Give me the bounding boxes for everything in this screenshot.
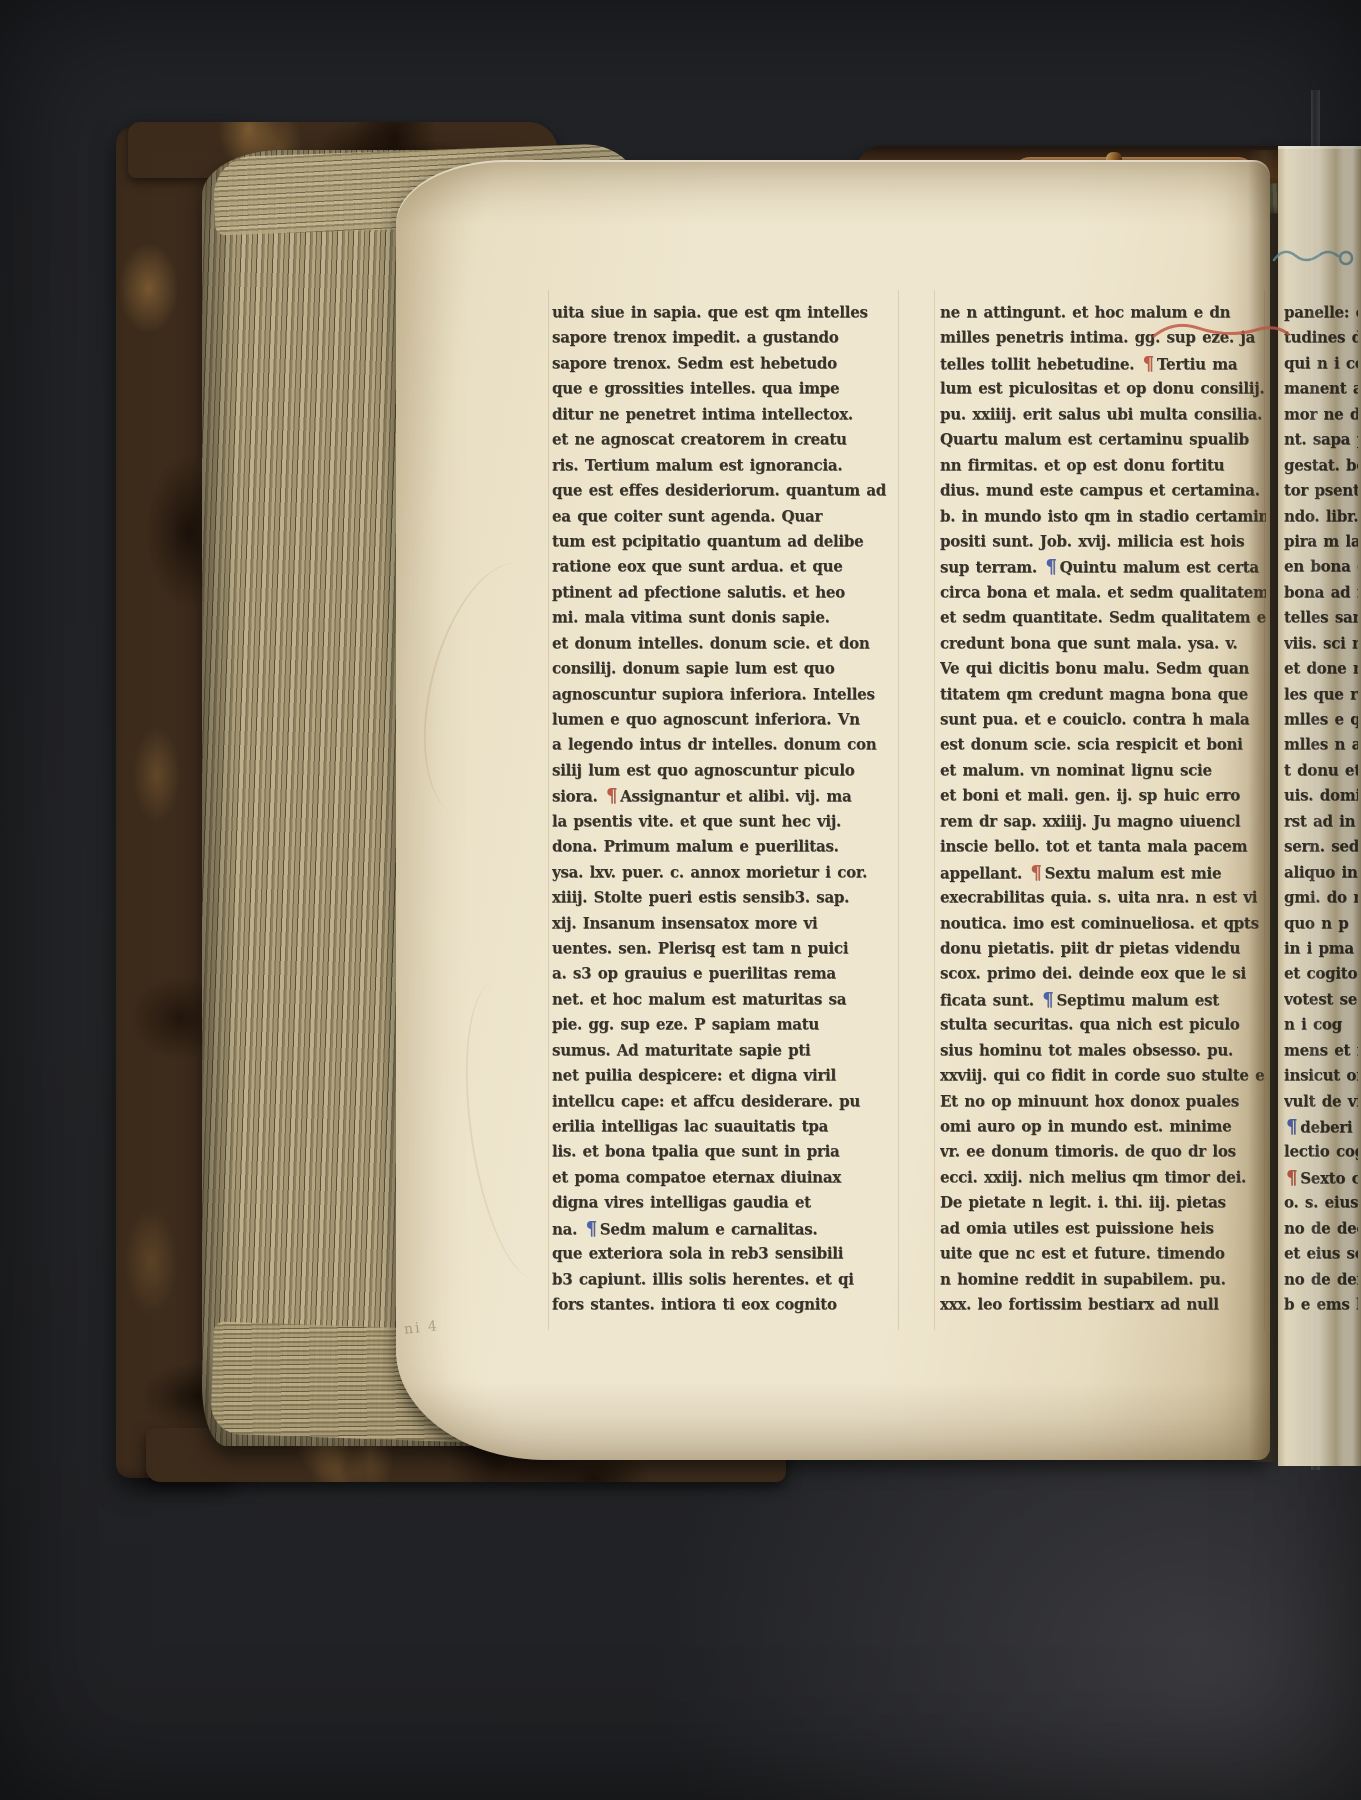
manuscript-line: quo n p [1284, 911, 1358, 937]
manuscript-line: lectio cog [1284, 1139, 1358, 1165]
manuscript-line: omi auro op in mundo est. minime [940, 1114, 1266, 1140]
manuscript-line: et cogito [1284, 961, 1358, 987]
manuscript-line: b e ems ha [1284, 1292, 1358, 1318]
manuscript-line: tum est pcipitatio quantum ad delibe [552, 529, 898, 555]
manuscript-line: sapore trenox. Sedm est hebetudo [552, 351, 898, 377]
manuscript-line: n homine reddit in supabilem. pu. [940, 1267, 1266, 1293]
manuscript-line: lis. et bona tpalia que sunt in pria [552, 1139, 898, 1165]
manuscript-line: na. ¶Sedm malum e carnalitas. [552, 1216, 898, 1242]
manuscript-line: intellcu cape: et affcu desiderare. pu [552, 1089, 898, 1115]
manuscript-line: telles san [1284, 605, 1358, 631]
manuscript-line: rst ad in [1284, 809, 1358, 835]
manuscript-line: est donum scie. scia respicit et boni [940, 732, 1266, 758]
manuscript-line: no de deo [1284, 1216, 1358, 1242]
manuscript-line: stulta securitas. qua nich est piculo [940, 1012, 1266, 1038]
manuscript-line: n i cog [1284, 1012, 1358, 1038]
manuscript-line: vult de vi [1284, 1089, 1358, 1115]
manuscript-line: que est effes desideriorum. quantum ad [552, 478, 898, 504]
manuscript-line: votest se [1284, 987, 1358, 1013]
manuscript-line: viis. sci m [1284, 631, 1358, 657]
paraph-mark: ¶ [1045, 556, 1056, 578]
manuscript-line: circa bona et mala. et sedm qualitatem [940, 580, 1266, 606]
manuscript-line: ratione eox que sunt ardua. et que [552, 554, 898, 580]
manuscript-line: dona. Primum malum e puerilitas. [552, 834, 898, 860]
manuscript-line: ¶Sexto co [1284, 1165, 1358, 1191]
manuscript-line: et sedm quantitate. Sedm qualitatem ei [940, 605, 1266, 631]
manuscript-line: les que ra [1284, 682, 1358, 708]
manuscript-line: credunt bona que sunt mala. ysa. v. [940, 631, 1266, 657]
manuscript-line: pira m la [1284, 529, 1358, 555]
manuscript-line: que e grossities intelles. qua impe [552, 376, 898, 402]
manuscript-line: appellant. ¶Sextu malum est mie [940, 860, 1266, 886]
manuscript-line: no de dei [1284, 1267, 1358, 1293]
paraph-mark: ¶ [586, 1218, 597, 1240]
manuscript-line: siora. ¶Assignantur et alibi. vij. ma [552, 783, 898, 809]
manuscript-line: rem dr sap. xxiiij. Ju magno uiuencl [940, 809, 1266, 835]
manuscript-line: uentes. sen. Plerisq est tam n puici [552, 936, 898, 962]
manuscript-line: uite que nc est et future. timendo [940, 1241, 1266, 1267]
manuscript-line: Ve qui dicitis bonu malu. Sedm quan [940, 656, 1266, 682]
manuscript-line: fors stantes. intiora ti eox cognito [552, 1292, 898, 1318]
manuscript-line: lumen e quo agnoscunt inferiora. Vn [552, 707, 898, 733]
manuscript-line: nn firmitas. et op est donu fortitu [940, 453, 1266, 479]
manuscript-line: ad omia utiles est puissione heis [940, 1216, 1266, 1242]
manuscript-line: o. s. eius ia [1284, 1190, 1358, 1216]
manuscript-line: consilij. donum sapie lum est quo [552, 656, 898, 682]
manuscript-line: et ne agnoscat creatorem in creatu [552, 427, 898, 453]
manuscript-line: qui n i con [1284, 351, 1358, 377]
manuscript-line: b3 capiunt. illis solis herentes. et qi [552, 1267, 898, 1293]
manuscript-line: vr. ee donum timoris. de quo dr los [940, 1139, 1266, 1165]
paraph-mark: ¶ [1286, 1167, 1297, 1189]
manuscript-line: xiiij. Stolte pueri estis sensib3. sap. [552, 885, 898, 911]
manuscript-line: net. et hoc malum est maturitas sa [552, 987, 898, 1013]
manuscript-line: agnoscuntur supiora inferiora. Intelles [552, 682, 898, 708]
manuscript-line: et donum intelles. donum scie. et don [552, 631, 898, 657]
manuscript-line: aliquo in p [1284, 860, 1358, 886]
text-column-next-page: panelle: ocetudines dequi n i conmanent … [1284, 300, 1358, 1324]
manuscript-line: scox. primo dei. deinde eox que le si [940, 961, 1266, 987]
manuscript-line: et malum. vn nominat lignu scie [940, 758, 1266, 784]
manuscript-line: insicut on [1284, 1063, 1358, 1089]
manuscript-line: sius hominu tot males obsesso. pu. [940, 1038, 1266, 1064]
manuscript-line: gmi. do n [1284, 885, 1358, 911]
manuscript-line: ecci. xxiij. nich melius qm timor dei. [940, 1165, 1266, 1191]
paraph-mark: ¶ [1030, 862, 1041, 884]
manuscript-line: mens et m [1284, 1038, 1358, 1064]
manuscript-line: a legendo intus dr intelles. donum con [552, 732, 898, 758]
red-pen-flourish-icon [1150, 318, 1290, 344]
manuscript-line: mlles n a [1284, 732, 1358, 758]
paraph-mark: ¶ [1042, 989, 1053, 1011]
manuscript-line: execrabilitas quia. s. uita nra. n est v… [940, 885, 1266, 911]
gutter-fold [1248, 150, 1278, 1462]
manuscript-line: net puilia despicere: et digna viril [552, 1063, 898, 1089]
manuscript-line: sup terram. ¶Quintu malum est certa [940, 554, 1266, 580]
manuscript-line: donu pietatis. piit dr pietas videndu [940, 936, 1266, 962]
manuscript-line: gestat. bon [1284, 453, 1358, 479]
manuscript-line: in i pma [1284, 936, 1358, 962]
manuscript-line: ndo. libr. l [1284, 504, 1358, 530]
manuscript-line: digna vires intelligas gaudia et [552, 1190, 898, 1216]
manuscript-line: positi sunt. Job. xvij. milicia est hois [940, 529, 1266, 555]
manuscript-line: a. s3 op grauius e puerilitas rema [552, 961, 898, 987]
manuscript-line: sunt pua. et e couiclo. contra h mala [940, 707, 1266, 733]
manuscript-line: b. in mundo isto qm in stadio certaminis [940, 504, 1266, 530]
manuscript-line: xxx. leo fortissim bestiarx ad null [940, 1292, 1266, 1318]
manuscript-line: Quartu malum est certaminu spualib [940, 427, 1266, 453]
glass-weight-strip [1311, 90, 1320, 1470]
manuscript-line: la psentis vite. et que sunt hec vij. [552, 809, 898, 835]
manuscript-line: sumus. Ad maturitate sapie pti [552, 1038, 898, 1064]
manuscript-line: telles tollit hebetudine. ¶Tertiu ma [940, 351, 1266, 377]
manuscript-line: sern. sedm [1284, 834, 1358, 860]
manuscript-line: ¶deberi co [1284, 1114, 1358, 1140]
manuscript-line: dius. mund este campus et certamina. [940, 478, 1266, 504]
manuscript-line: pie. gg. sup eze. P sapiam matu [552, 1012, 898, 1038]
manuscript-line: et boni et mali. gen. ij. sp huic erro [940, 783, 1266, 809]
manuscript-line: ficata sunt. ¶Septimu malum est [940, 987, 1266, 1013]
manuscript-line: sapore trenox impedit. a gustando [552, 325, 898, 351]
manuscript-photo: uita siue in sapia. que est qm intelless… [0, 0, 1361, 1800]
manuscript-line: De pietate n legit. i. thi. iij. pietas [940, 1190, 1266, 1216]
manuscript-line: et eius sc [1284, 1241, 1358, 1267]
manuscript-line: Et no op minuunt hox donox puales [940, 1089, 1266, 1115]
manuscript-line: silij lum est quo agnoscuntur piculo [552, 758, 898, 784]
manuscript-line: t donu et [1284, 758, 1358, 784]
manuscript-line: xij. Insanum insensatox more vi [552, 911, 898, 937]
manuscript-line: et poma compatoe eternax diuinax [552, 1165, 898, 1191]
manuscript-line: bona ad na [1284, 580, 1358, 606]
manuscript-line: uis. domi [1284, 783, 1358, 809]
manuscript-line: xxviij. qui co fidit in corde suo stulte… [940, 1063, 1266, 1089]
manuscript-line: ysa. lxv. puer. c. annox morietur i cor. [552, 860, 898, 886]
manuscript-line: inscie bello. tot et tanta mala pacem [940, 834, 1266, 860]
text-column-right: ne n attingunt. et hoc malum e dnmilles … [940, 300, 1266, 1324]
manuscript-line: que exteriora sola in reb3 sensibili [552, 1241, 898, 1267]
ruling-line [934, 290, 935, 1330]
manuscript-line: en bona on [1284, 554, 1358, 580]
manuscript-line: ris. Tertium malum est ignorancia. [552, 453, 898, 479]
manuscript-line: titatem qm credunt magna bona que [940, 682, 1266, 708]
paraph-mark: ¶ [606, 785, 617, 807]
manuscript-line: et done m [1284, 656, 1358, 682]
paraph-mark: ¶ [1286, 1116, 1297, 1138]
ruling-line [898, 290, 899, 1330]
manuscript-line: tudines de [1284, 325, 1358, 351]
text-column-left: uita siue in sapia. que est qm intelless… [552, 300, 898, 1324]
manuscript-line: ea que coiter sunt agenda. Quar [552, 504, 898, 530]
manuscript-line: mlles e q [1284, 707, 1358, 733]
manuscript-line: ptinent ad pfectione salutis. et heo [552, 580, 898, 606]
paraph-mark: ¶ [1143, 353, 1154, 375]
manuscript-line: erilia intelligas lac suauitatis tpa [552, 1114, 898, 1140]
manuscript-line: tor psenta [1284, 478, 1358, 504]
manuscript-line: ditur ne penetret intima intellectox. [552, 402, 898, 428]
manuscript-line: pu. xxiiij. erit salus ubi multa consili… [940, 402, 1266, 428]
manuscript-line: lum est piculositas et op donu consilij. [940, 376, 1266, 402]
manuscript-line: panelle: oce [1284, 300, 1358, 326]
manuscript-line: manent ad [1284, 376, 1358, 402]
manuscript-line: uita siue in sapia. que est qm intelles [552, 300, 898, 326]
manuscript-line: mi. mala vitima sunt donis sapie. [552, 605, 898, 631]
manuscript-line: mor ne dec [1284, 402, 1358, 428]
manuscript-line: noutica. imo est cominueliosa. et qpts [940, 911, 1266, 937]
manuscript-line: nt. sapa p [1284, 427, 1358, 453]
